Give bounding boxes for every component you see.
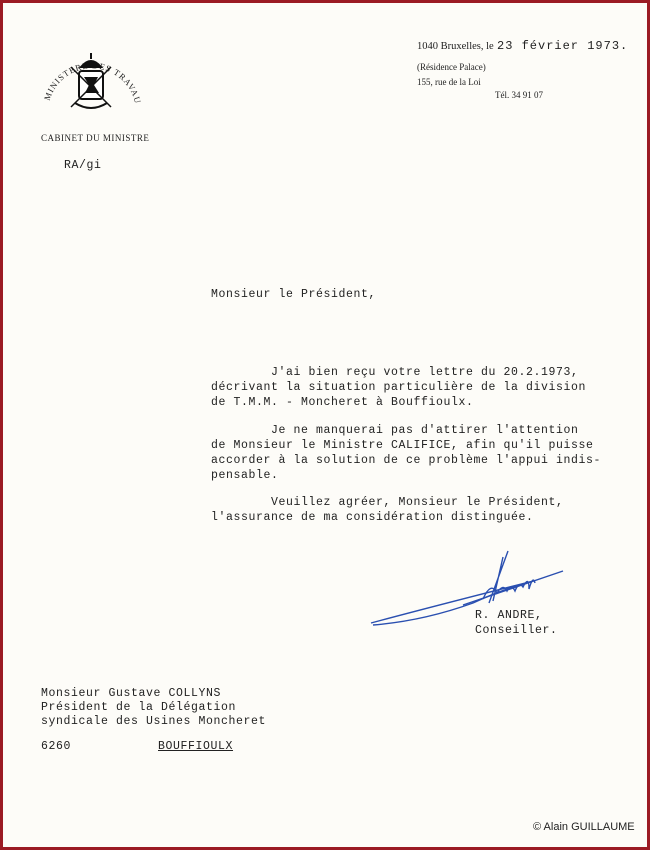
- recipient-city: BOUFFIOULX: [158, 740, 233, 753]
- salutation: Monsieur le Président,: [211, 288, 376, 301]
- signer-name: R. ANDRE, Conseiller.: [475, 608, 558, 638]
- postal-code: 6260: [41, 740, 71, 753]
- cabinet-label: CABINET DU MINISTRE: [41, 133, 149, 143]
- address-line-1: (Résidence Palace): [417, 62, 486, 72]
- recipient-address: Monsieur Gustave COLLYNS Président de la…: [41, 687, 266, 729]
- address-line-2: 155, rue de la Loi: [417, 77, 481, 87]
- copyright-notice: © Alain GUILLAUME: [533, 821, 635, 833]
- date-prefix: 1040 Bruxelles, le: [417, 41, 494, 52]
- belgian-coat-of-arms-icon: MINISTERE DES TRAVAUX PUBLICS: [31, 33, 151, 133]
- body-paragraph: Je ne manquerai pas d'attirer l'attentio…: [211, 423, 601, 483]
- body-paragraph: J'ai bien reçu votre lettre du 20.2.1973…: [211, 365, 586, 410]
- phone-number: Tél. 34 91 07: [495, 90, 543, 100]
- body-paragraph: Veuillez agréer, Monsieur le Président, …: [211, 495, 564, 525]
- document-page: MINISTERE DES TRAVAUX PUBLICS CABINET DU…: [0, 0, 650, 850]
- letter-date: 23 février 1973.: [497, 39, 628, 53]
- reference-code: RA/gi: [64, 159, 102, 172]
